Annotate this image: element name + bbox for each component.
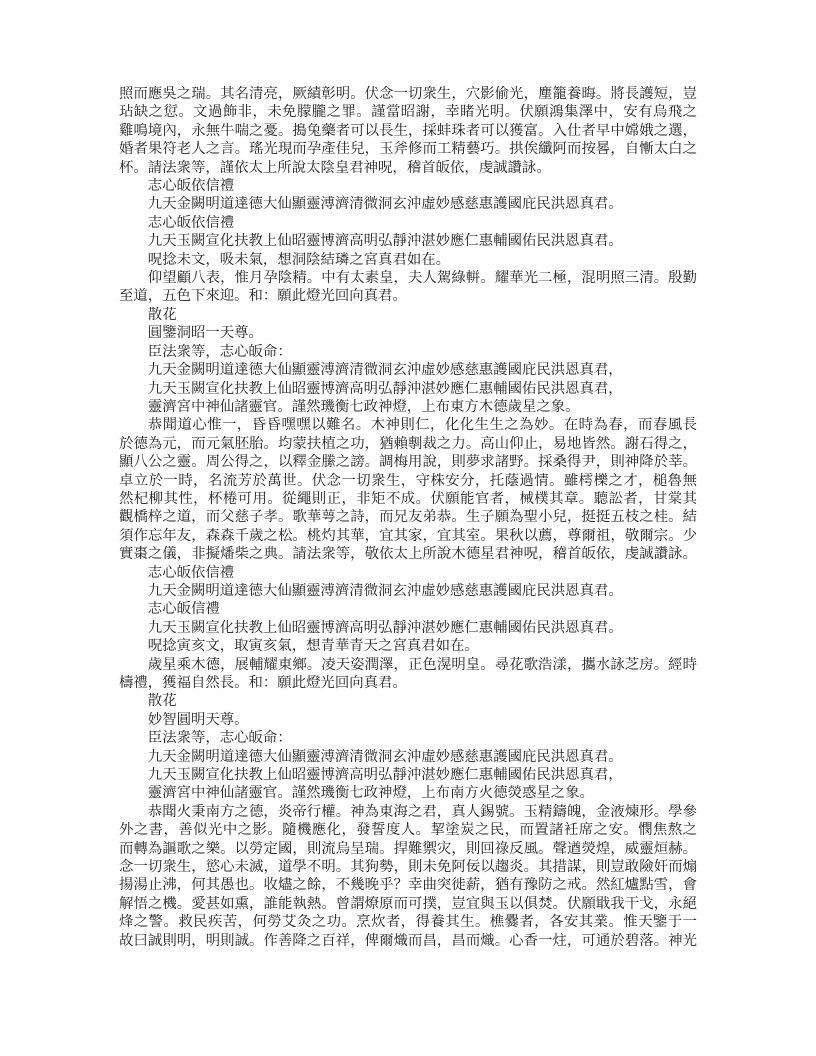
text-line: 故曰誠則明，明則誠。作善降之百祥，俾爾熾而昌，昌而熾。心香一炷，可通於碧落。神光… [119,932,697,950]
text-line: 於德為元，而元氣胚胎。均蒙扶植之功，猶賴剸裁之力。高山仰止，易地皆然。謝石得之，… [119,435,697,453]
text-line: 念一切衆生，慾心未滅，道學不明。其狗勢，則未免阿佞以趨炎。其措謀，則豈敢險奸而煽… [119,858,697,876]
text-line: 杯。請法衆等，謹依太上所說太陰皇君神呪，稽首皈依，虔誠讚詠。 [119,159,697,177]
document-page: 照而應吳之瑞。其名清亮，厥績彰明。伏念一切衆生，穴影偷光，塵籠養晦。將長護短，豈… [0,0,816,1056]
text-line: 志心皈依信禮 [119,177,697,195]
text-line: 九天玉闕宣化扶教上仙昭靈博濟高明弘靜沖湛妙應仁惠輔國佑民洪恩真君。 [119,619,697,637]
text-line: 烽之警。救民疾苦，何勞艾灸之功。烹炊者，得養其生。樵爨者，各安其業。惟天鑒于一德… [119,913,697,931]
text-line: 志心皈依信禮 [119,214,697,232]
text-line: 揚湯止沸，何其愚也。收燼之餘，不幾晚乎？幸曲突徙薪，猶有豫防之戒。然紅爐點雪，會… [119,876,697,894]
text-line: 恭聞火秉南方之德，炎帝行權。神為東海之君，真人錫號。玉精鑄魄，金液煉形。學參方 [119,803,697,821]
text-line: 九天玉闕宣化扶教上仙昭靈博濟高明弘靜沖湛妙應仁惠輔國佑民洪恩真君， [119,766,697,784]
text-line: 志心皈信禮 [119,600,697,618]
text-line: 恭聞道心惟一，昏昏嘿嘿以難名。木神則仁，化化生生之為妙。在時為春，而春風長養。 [119,416,697,434]
document-text-block: 照而應吳之瑞。其名清亮，厥績彰明。伏念一切衆生，穴影偷光，塵籠養晦。將長護短，豈… [119,85,697,950]
text-line: 照而應吳之瑞。其名清亮，厥績彰明。伏念一切衆生，穴影偷光，塵籠養晦。將長護短，豈… [119,85,697,103]
text-line: 玷缺之愆。文過飾非，未免朦朧之罪。謹當昭謝，幸睹光明。伏願鴻集澤中，安有烏飛之恐… [119,103,697,121]
text-line: 靈濟宮中神仙諸靈官。謹然璣衡七政神燈，上布南方火德熒惑星之象。 [119,784,697,802]
text-line: 解悟之機。愛甚如熏，誰能執熱。曾謂燎原而可撲，豈宜與玉以俱焚。伏願戢我干戈，永絕… [119,895,697,913]
text-line: 九天玉闕宣化扶教上仙昭靈博濟高明弘靜沖湛妙應仁惠輔國佑民洪恩真君。 [119,232,697,250]
text-line: 顯八公之靈。周公得之，以釋金縢之謗。調梅用說，則夢求諸野。採桑得尹，則神降於莘。… [119,453,697,471]
text-line: 雞鳴境內，永無牛喘之憂。搗兔藥者可以長生，採蚌珠者可以獲富。入仕者早中嫦娥之選，… [119,122,697,140]
text-line: 須作忘年友，森森千歲之松。桃灼其華，宜其家，宜其室。果秋以薦，尊爾祖，敬爾宗。少… [119,527,697,545]
text-line: 散花 [119,692,697,710]
text-line: 呪捻寅亥文，取寅亥氣，想青華青天之宮真君如在。 [119,637,697,655]
text-line: 外之書，善似光中之影。隨機應化，發誓度人。挈塗炭之民，而置諸衽席之安。憫焦熬之俗… [119,821,697,839]
text-line: 仰望顧八表，惟月孕陰精。中有太素皇，夫人駕綠軿。耀華光二極，混明照三清。殷勤求 [119,269,697,287]
text-line: 九天金闕明道達德大仙顯靈溥濟清微洞玄沖虛妙感慈惠護國庇民洪恩真君。 [119,582,697,600]
text-line: 圓鑒洞昭一天尊。 [119,324,697,342]
text-line: 九天玉闕宣化扶教上仙昭靈博濟高明弘靜沖湛妙應仁惠輔國佑民洪恩真君， [119,380,697,398]
text-line: 臣法衆等，志心皈命： [119,343,697,361]
text-line: 而轉為謳歌之樂。以勞定國，則流烏呈瑞。捍難禦灾，則回祿反風。聲遒熒煌，威靈烜赫。… [119,840,697,858]
text-line: 靈濟宮中神仙諸靈官。謹然璣衡七政神燈，上布東方木德歲星之象。 [119,398,697,416]
text-line: 婚者果符老人之言。瑤光現而孕產佳兒，玉斧修而工精藝巧。拱俟纖阿而按晷，自慚太白之… [119,140,697,158]
text-line: 卓立於一時，名流芳於萬世。伏念一切衆生，守株安分，托蔭過情。雖樗櫟之才，槌魯無文… [119,472,697,490]
text-line: 觀橋梓之道，而父慈子孝。歌華萼之詩，而兄友弟恭。生子願為聖小兒，挺挺五枝之桂。結… [119,508,697,526]
text-line: 至道，五色下來迎。和：願此燈光回向真君。 [119,287,697,305]
text-line: 臣法衆等，志心皈命： [119,729,697,747]
text-line: 然杞柳其性，杯棬可用。從繩則正，非矩不成。伏願能官者，械樸其章。聽訟者，甘棠其政… [119,490,697,508]
text-line: 九天金闕明道達德大仙顯靈溥濟清微洞玄沖虛妙感慈惠護國庇民洪恩真君。 [119,748,697,766]
text-line: 歲星乘木德，展輔耀東鄉。凌天姿潤澤，正色滉明皇。尋花歌浩漾，攜水詠芝房。經時頻 [119,656,697,674]
text-line: 妙智圓明天尊。 [119,711,697,729]
text-line: 九天金闕明道達德大仙顯靈溥濟清微洞玄沖虛妙感慈惠護國庇民洪恩真君， [119,361,697,379]
text-line: 九天金闕明道達德大仙顯靈溥濟清微洞玄沖虛妙感慈惠護國庇民洪恩真君。 [119,195,697,213]
text-line: 散花 [119,306,697,324]
text-line: 呪捻未文，吸未氣，想洞陰結璘之宮真君如在。 [119,251,697,269]
text-line: 檮禮，獲福自然長。和：願此燈光回向真君。 [119,674,697,692]
text-line: 志心皈依信禮 [119,564,697,582]
text-line: 實棗之儀，非擬燔柴之典。請法衆等，敬依太上所說木德星君神呪，稽首皈依，虔誠讚詠。 [119,545,697,563]
